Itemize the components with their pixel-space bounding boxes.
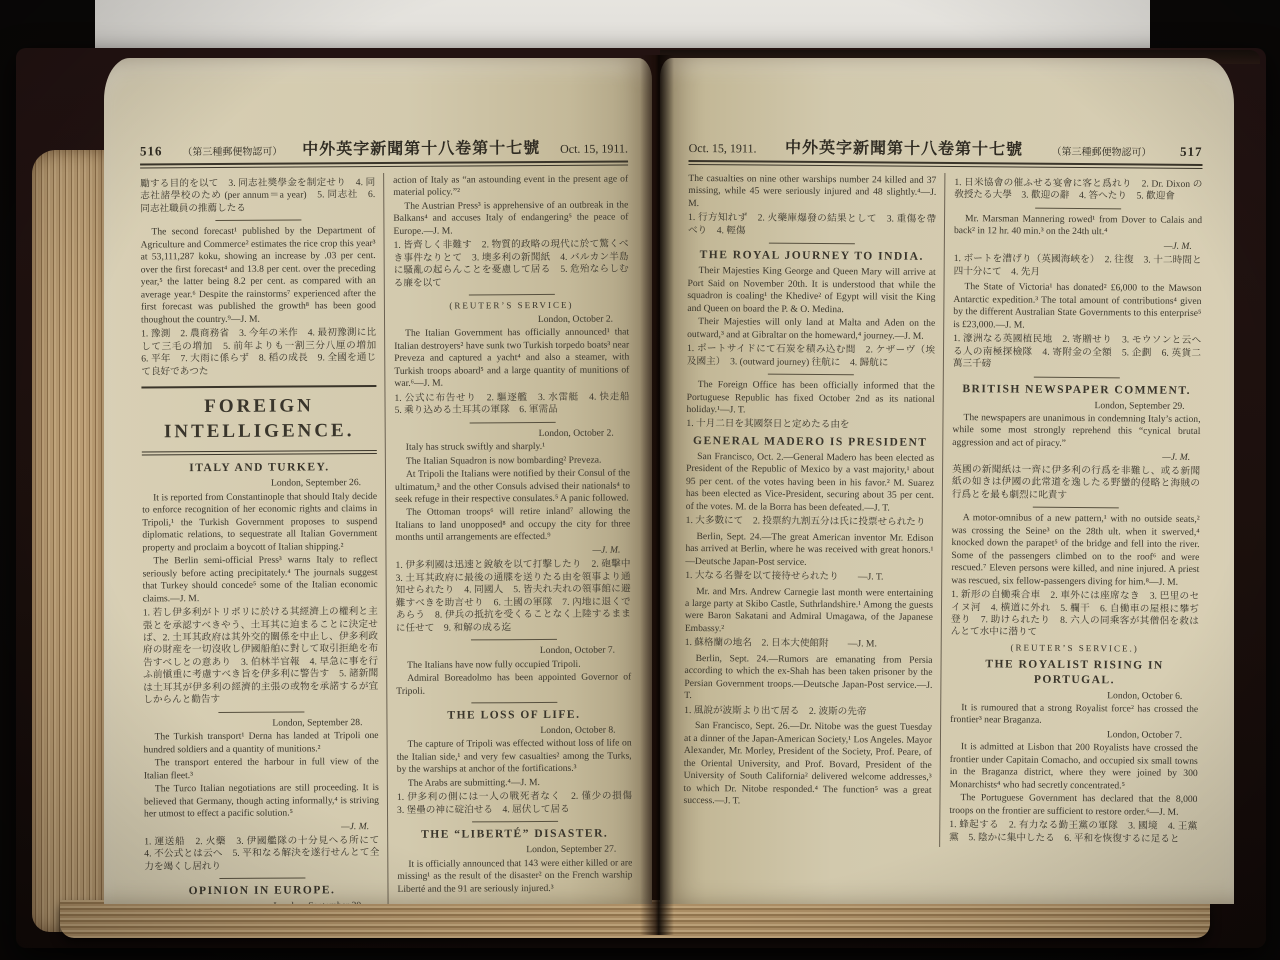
block-sig: —J. M. bbox=[395, 544, 630, 558]
block-para: Mr. Marsman Mannering rowed¹ from Dover … bbox=[954, 213, 1202, 240]
block-para: It is admitted at Lisbon that 200 Royali… bbox=[950, 741, 1198, 793]
journal-title: 中外英字新聞第十八卷第十七號 bbox=[302, 135, 540, 159]
block-para: The State of Victoria¹ has donated² £6,0… bbox=[953, 281, 1201, 333]
issue-date: Oct. 15, 1911. bbox=[689, 141, 757, 157]
block-service: (REUTER’S SERVICE) bbox=[394, 300, 629, 313]
page-edges-bottom bbox=[60, 900, 1210, 938]
block-para: The Turkish transport¹ Derna has landed … bbox=[144, 730, 379, 756]
block-dateline: London, October 2. bbox=[394, 313, 629, 327]
page-edges-left bbox=[32, 150, 108, 932]
block-rule bbox=[472, 821, 558, 823]
block-rule bbox=[768, 374, 854, 376]
block-rule bbox=[1033, 507, 1119, 509]
block-para: It is officially announced that 143 were… bbox=[397, 857, 632, 896]
left-page-header: 516 （第三種郵便物認可） 中外英字新聞第十八卷第十七號 Oct. 15, 1… bbox=[140, 134, 628, 160]
block-para: The Arabs are submitting.⁴—J. M. bbox=[397, 776, 632, 790]
right-page-header: Oct. 15, 1911. 中外英字新聞第十八卷第十七號 （第三種郵便物認可）… bbox=[689, 134, 1203, 161]
block-rule bbox=[470, 639, 556, 641]
block-para: The Portuguese Government has declared t… bbox=[949, 792, 1197, 819]
mail-permit-note: （第三種郵便物認可） bbox=[1052, 143, 1152, 159]
block-para: It is rumoured that a strong Royalist fo… bbox=[950, 702, 1198, 729]
block-para-flush: 英國の新聞紙は一齊に伊多利の行爲を非難し、或る新聞紙の如きは伊國の此常道を逸した… bbox=[952, 464, 1200, 503]
block-dateline: London, September 30. bbox=[145, 900, 380, 904]
block-subhead: ITALY AND TURKEY. bbox=[142, 460, 377, 476]
block-notes: 1. 若し伊多利がトリポリに於ける其經濟上の權利と主張とを承認すべきやう、土耳其… bbox=[143, 606, 379, 707]
block-notes: 1. 風說が波斯より出て居る 2. 波斯の先帝 bbox=[684, 705, 932, 719]
block-notes: 1. 公式に布告せり 2. 驅逐艦 3. 水雷艇 4. 快走船 5. 乘り込める… bbox=[394, 391, 629, 417]
block-subhead: GENERAL MADERO IS PRESIDENT bbox=[686, 434, 934, 451]
block-rule bbox=[468, 294, 554, 296]
block-rule bbox=[469, 422, 555, 424]
block-notes: 1. 運送船 2. 火藥 3. 伊國艦隊の十分見へる所にて 4. 不公式とは云へ… bbox=[144, 835, 379, 874]
block-notes: 1. 行方知れず 2. 火藥庫爆發の結果として 3. 重傷を帶べり 4. 輕傷 bbox=[688, 212, 936, 239]
block-dateline: London, October 8. bbox=[396, 724, 631, 738]
block-notes: 1. 日米協會の催ふせる宴會に客と爲れり 2. Dr. Dixon の敎授たる大… bbox=[954, 177, 1202, 204]
block-rule bbox=[1035, 208, 1121, 210]
block-para: It is reported from Constantinople that … bbox=[142, 491, 377, 555]
block-para: The Italian Squadron is now bombarding² … bbox=[395, 454, 630, 468]
block-heading: FOREIGN INTELLIGENCE. bbox=[141, 385, 376, 456]
left-page: 516 （第三種郵便物認可） 中外英字新聞第十八卷第十七號 Oct. 15, 1… bbox=[104, 58, 652, 904]
header-rule bbox=[140, 160, 628, 168]
block-notes: 1. 大なる名譽を以て接待せられたり —J. T. bbox=[685, 570, 933, 584]
block-subhead: THE ROYALIST RISING IN PORTUGAL. bbox=[950, 657, 1198, 689]
book-gutter-shadow bbox=[640, 55, 674, 935]
block-para: The Ottoman troops⁶ will retire inland⁷ … bbox=[395, 506, 630, 545]
block-para: San Francisco, Sept. 26.—Dr. Nitobe was … bbox=[683, 720, 932, 809]
left-page-column-2: action of Italy as “an astounding event … bbox=[383, 171, 633, 904]
block-para: Their Majesties King George and Queen Ma… bbox=[687, 265, 935, 317]
block-para: The Foreign Office has been officially i… bbox=[686, 379, 934, 418]
block-para: The Berlin semi-official Press³ warns It… bbox=[142, 554, 377, 605]
block-notes: 1. ボートを漕げり（英國海峽を） 2. 往復 3. 十二時間と四十分にて 4.… bbox=[954, 253, 1202, 280]
block-dateline: London, September 27. bbox=[397, 844, 632, 858]
left-page-column-1: 勵する目的を以て 3. 同志社奬學金を制定せり 4. 同志社諸學校のため (pe… bbox=[140, 173, 388, 904]
block-dateline: London, September 29. bbox=[953, 399, 1201, 413]
block-para: San Francisco, Oct. 2.—General Madero ha… bbox=[686, 451, 934, 515]
block-para: A motor-omnibus of a new pattern,¹ with … bbox=[951, 512, 1200, 589]
photo-of-open-book: { "colors":{ "backdrop":"#d8d5cf","cover… bbox=[0, 0, 1280, 960]
page-number: 517 bbox=[1180, 144, 1203, 160]
block-para: The Italian Government has officially an… bbox=[394, 327, 629, 391]
block-notes: 勵する目的を以て 3. 同志社奬學金を制定せり 4. 同志社諸學校のため (pe… bbox=[140, 177, 375, 216]
block-dateline: London, October 7. bbox=[950, 728, 1198, 742]
block-para: Their Majesties will only land at Malta … bbox=[687, 316, 935, 343]
block-para: Berlin, Sept. 24.—The great American inv… bbox=[685, 531, 933, 570]
block-rule bbox=[219, 878, 305, 880]
block-para-flush: action of Italy as “an astounding event … bbox=[393, 173, 628, 199]
block-notes: 1. 大多數にて 2. 投票約九割五分は氏に投票せられたり bbox=[686, 515, 934, 529]
block-para: At Tripoli the Italians were notified by… bbox=[395, 468, 630, 507]
block-rule bbox=[218, 711, 304, 713]
block-subhead: BRITISH NEWSPAPER COMMENT. bbox=[953, 382, 1201, 399]
block-subhead: THE LOSS OF LIFE. bbox=[396, 707, 631, 723]
block-notes: 1. 新形の自働乘合車 2. 車外には座席なき 3. 巴里のセイヌ河 4. 横道… bbox=[951, 589, 1199, 641]
block-notes: 1. ポートサイドにて石炭を積み込む間 2. ケザーヴ（埃及國主） 3. (ou… bbox=[687, 343, 935, 370]
block-para: The Italians have now fully occupied Tri… bbox=[396, 658, 631, 672]
block-rule bbox=[769, 243, 855, 245]
block-rule bbox=[215, 220, 301, 222]
header-rule bbox=[688, 160, 1202, 169]
block-para: The second forecast¹ published by the De… bbox=[140, 225, 376, 326]
block-para: Admiral Boreadolmo has been appointed Go… bbox=[396, 672, 631, 698]
page-number: 516 bbox=[140, 143, 163, 159]
block-sig: —J. M. bbox=[144, 821, 379, 835]
block-notes: 1. 豫測 2. 農商務省 3. 今年の米作 4. 最初豫測に比して三毛の増加 … bbox=[141, 327, 376, 378]
block-para: Berlin, Sept. 24.—Rumors are emanating f… bbox=[684, 653, 932, 705]
block-para: The transport entered the harbour in ful… bbox=[144, 756, 379, 782]
block-dateline: London, October 6. bbox=[950, 689, 1198, 703]
block-rule bbox=[471, 702, 557, 704]
block-dateline: London, October 2. bbox=[395, 427, 630, 441]
block-dateline: London, October 7. bbox=[396, 645, 631, 659]
block-para: Italy has struck swiftly and sharply.¹ bbox=[395, 441, 630, 455]
right-page-column-1: The casualties on nine other warships nu… bbox=[683, 171, 944, 847]
block-notes: 1. 濠洲なる英國植民地 2. 寄贈せり 3. モウソンと云へる人の南極探檢隊 … bbox=[953, 333, 1201, 372]
block-subhead: THE “LIBERTÉ” DISASTER. bbox=[397, 827, 632, 843]
block-service: (REUTER’S SERVICE.) bbox=[951, 642, 1199, 656]
block-sig: —J. M. bbox=[952, 450, 1200, 464]
block-para-flush: The casualties on nine other warships nu… bbox=[688, 173, 936, 212]
block-para: The Turco Italian negotiations are still… bbox=[144, 782, 379, 821]
block-para: The Austrian Press³ is apprehensive of a… bbox=[393, 199, 628, 238]
issue-date: Oct. 15, 1911. bbox=[560, 141, 628, 156]
block-para: Mr. and Mrs. Andrew Carnegie last month … bbox=[685, 585, 933, 637]
block-notes: 1. 蜂起する 2. 有力なる勤王黨の軍隊 3. 國境 4. 王黨黨 5. 陰か… bbox=[949, 819, 1197, 846]
block-rule bbox=[1034, 376, 1120, 378]
block-notes: 1. 十月二日を其國祭日と定めたる由を bbox=[686, 418, 934, 432]
right-page-column-2: 1. 日米協會の催ふせる宴會に客と爲れり 2. Dr. Dixon の敎授たる大… bbox=[939, 173, 1202, 849]
block-para: The capture of Tripoli was effected with… bbox=[397, 738, 632, 777]
block-notes: 1. 伊多利國は迅速と銳敏を以て打擊したり 2. 砲擊中 3. 土耳其政府に最後… bbox=[395, 559, 630, 635]
block-dateline: London, September 28. bbox=[143, 717, 378, 731]
block-para: The newspapers are unanimous in condemni… bbox=[952, 412, 1200, 451]
mail-permit-note: （第三種郵便物認可） bbox=[182, 143, 282, 159]
block-notes: 1. 皆齊しく非難す 2. 物質的政略の現代に於て驚くべき事件なりとて 3. 墺… bbox=[394, 239, 629, 290]
block-sig: —J. M. bbox=[954, 239, 1202, 253]
journal-title: 中外英字新聞第十八卷第十七號 bbox=[785, 135, 1023, 160]
block-dateline: London, September 26. bbox=[142, 477, 377, 491]
block-subhead: OPINION IN EUROPE. bbox=[144, 883, 379, 899]
block-notes: 1. 蘇格蘭の地名 2. 日本大使館附 —J. M. bbox=[685, 637, 933, 651]
block-subhead: THE ROYAL JOURNEY TO INDIA. bbox=[688, 248, 936, 265]
block-notes: 1. 伊多利の側には一人の戰死者なく 2. 僅少の損傷 3. 堡壘の神に碇泊せる… bbox=[397, 791, 632, 817]
right-page: Oct. 15, 1911. 中外英字新聞第十八卷第十七號 （第三種郵便物認可）… bbox=[660, 58, 1234, 904]
